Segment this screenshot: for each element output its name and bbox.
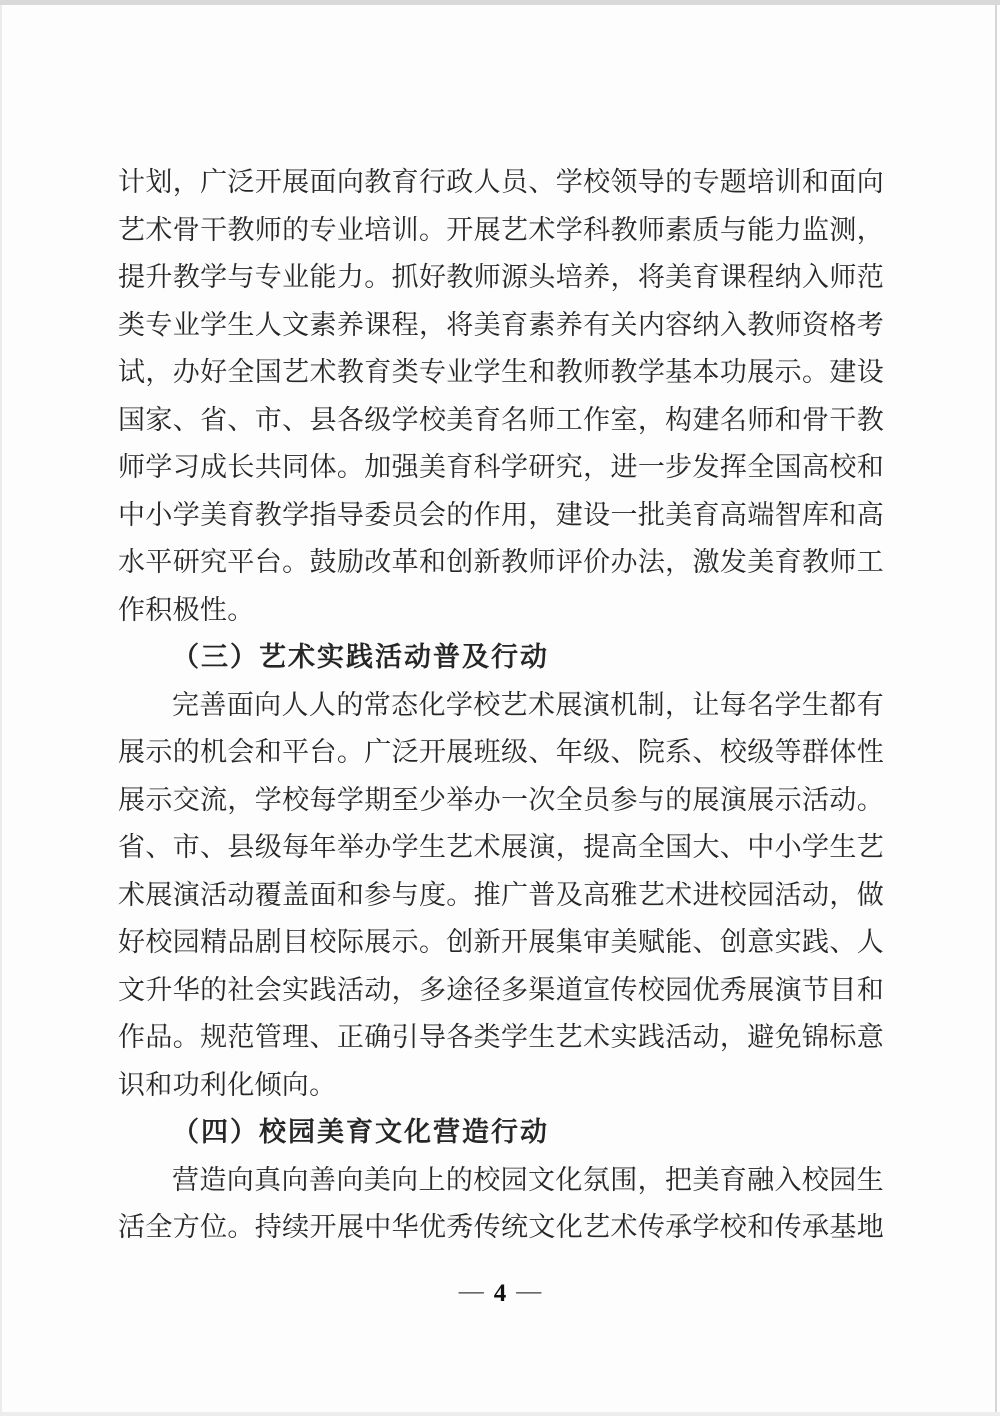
scan-edge-bottom <box>0 1412 1000 1416</box>
text-line: 文升华的社会实践活动，多途径多渠道宣传校园优秀展演节目和 <box>118 967 884 1015</box>
scan-edge-top <box>0 0 1000 5</box>
page-number-value: 4 <box>494 1280 507 1307</box>
text-line: 试，办好全国艺术教育类专业学生和教师教学基本功展示。建设 <box>118 349 884 397</box>
text-line: 国家、省、市、县各级学校美育名师工作室，构建名师和骨干教 <box>118 397 884 445</box>
text-line: 师学习成长共同体。加强美育科学研究，进一步发挥全国高校和 <box>118 444 884 492</box>
document-page: 计划，广泛开展面向教育行政人员、学校领导的专题培训和面向 艺术骨干教师的专业培训… <box>0 0 1000 1416</box>
section-heading-3: （三）艺术实践活动普及行动 <box>118 634 884 682</box>
page-number-dash-right: — <box>516 1278 541 1305</box>
text-line: 展示的机会和平台。广泛开展班级、年级、院系、校级等群体性 <box>118 729 884 777</box>
text-line: 计划，广泛开展面向教育行政人员、学校领导的专题培训和面向 <box>118 159 884 207</box>
text-line: 识和功利化倾向。 <box>118 1062 884 1110</box>
text-line: 完善面向人人的常态化学校艺术展演机制，让每名学生都有 <box>118 682 884 730</box>
text-line: 营造向真向善向美向上的校园文化氛围，把美育融入校园生 <box>118 1157 884 1205</box>
text-line: 水平研究平台。鼓励改革和创新教师评价办法，激发美育教师工 <box>118 539 884 587</box>
page-number: —4— <box>0 1276 1000 1312</box>
text-line: 类专业学生人文素养课程，将美育素养有关内容纳入教师资格考 <box>118 302 884 350</box>
text-line: 提升教学与专业能力。抓好教师源头培养，将美育课程纳入师范 <box>118 254 884 302</box>
text-line: 作积极性。 <box>118 587 884 635</box>
text-line: 好校园精品剧目校际展示。创新开展集审美赋能、创意实践、人 <box>118 919 884 967</box>
text-line: 术展演活动覆盖面和参与度。推广普及高雅艺术进校园活动，做 <box>118 872 884 920</box>
page-number-dash-left: — <box>459 1278 484 1305</box>
text-line: 艺术骨干教师的专业培训。开展艺术学科教师素质与能力监测， <box>118 207 884 255</box>
scan-edge-right <box>995 5 997 1416</box>
body-text: 计划，广泛开展面向教育行政人员、学校领导的专题培训和面向 艺术骨干教师的专业培训… <box>118 159 884 1252</box>
text-line: 活全方位。持续开展中华优秀传统文化艺术传承学校和传承基地 <box>118 1204 884 1252</box>
text-line: 作品。规范管理、正确引导各类学生艺术实践活动，避免锦标意 <box>118 1014 884 1062</box>
scan-edge-left <box>0 5 2 1416</box>
text-line: 展示交流，学校每学期至少举办一次全员参与的展演展示活动。 <box>118 777 884 825</box>
text-line: 中小学美育教学指导委员会的作用，建设一批美育高端智库和高 <box>118 492 884 540</box>
text-line: 省、市、县级每年举办学生艺术展演，提高全国大、中小学生艺 <box>118 824 884 872</box>
section-heading-4: （四）校园美育文化营造行动 <box>118 1109 884 1157</box>
